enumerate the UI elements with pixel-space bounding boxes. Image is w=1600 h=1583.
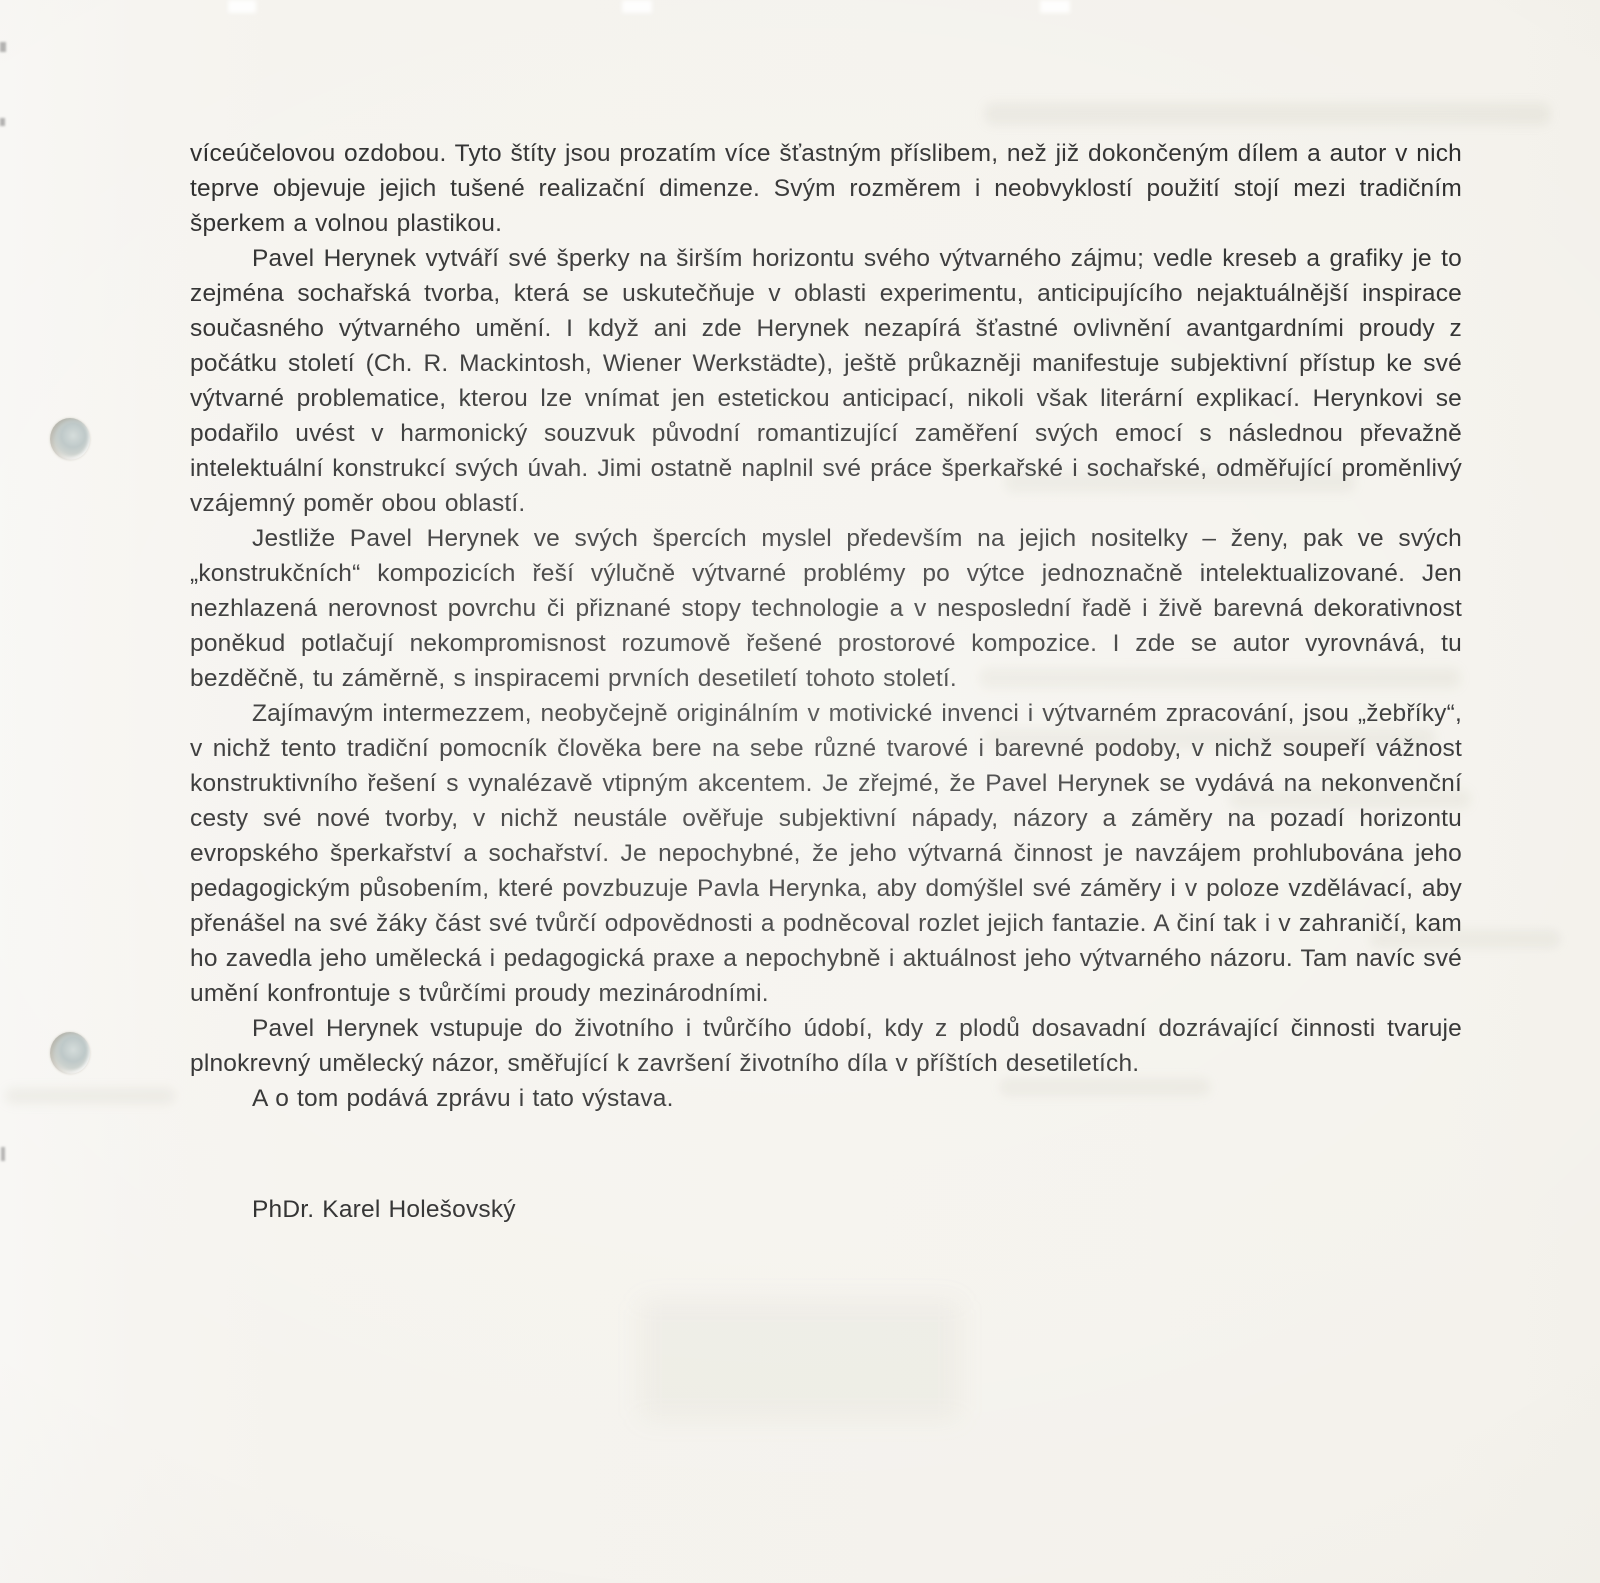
essay-text-block: víceúčelovou ozdobou. Tyto štíty jsou pr… <box>190 136 1462 1227</box>
signature: PhDr. Karel Holešovský <box>190 1192 1462 1227</box>
scanned-page: víceúčelovou ozdobou. Tyto štíty jsou pr… <box>0 0 1600 1583</box>
paragraph: Pavel Herynek vstupuje do životního i tv… <box>190 1011 1462 1081</box>
scan-artifact <box>0 42 6 52</box>
bleed-through-smudge <box>640 1300 960 1420</box>
bleed-through-smudge <box>985 103 1550 125</box>
scan-streak <box>1040 0 1070 13</box>
scan-artifact <box>1 1147 5 1161</box>
punch-hole-top <box>50 418 90 460</box>
scan-artifact <box>0 118 5 126</box>
paragraph-closing: A o tom podává zprávu i tato výstava. <box>190 1081 1462 1116</box>
paragraph-continuation: víceúčelovou ozdobou. Tyto štíty jsou pr… <box>190 136 1462 241</box>
scan-streak <box>228 0 256 13</box>
paragraph: Jestliže Pavel Herynek ve svých špercích… <box>190 521 1462 696</box>
paragraph: Pavel Herynek vytváří své šperky na širš… <box>190 241 1462 521</box>
bleed-through-smudge <box>5 1088 175 1104</box>
scan-streak <box>622 0 652 13</box>
punch-hole-bottom <box>50 1032 90 1074</box>
paragraph: Zajímavým intermezzem, neobyčejně origin… <box>190 696 1462 1011</box>
